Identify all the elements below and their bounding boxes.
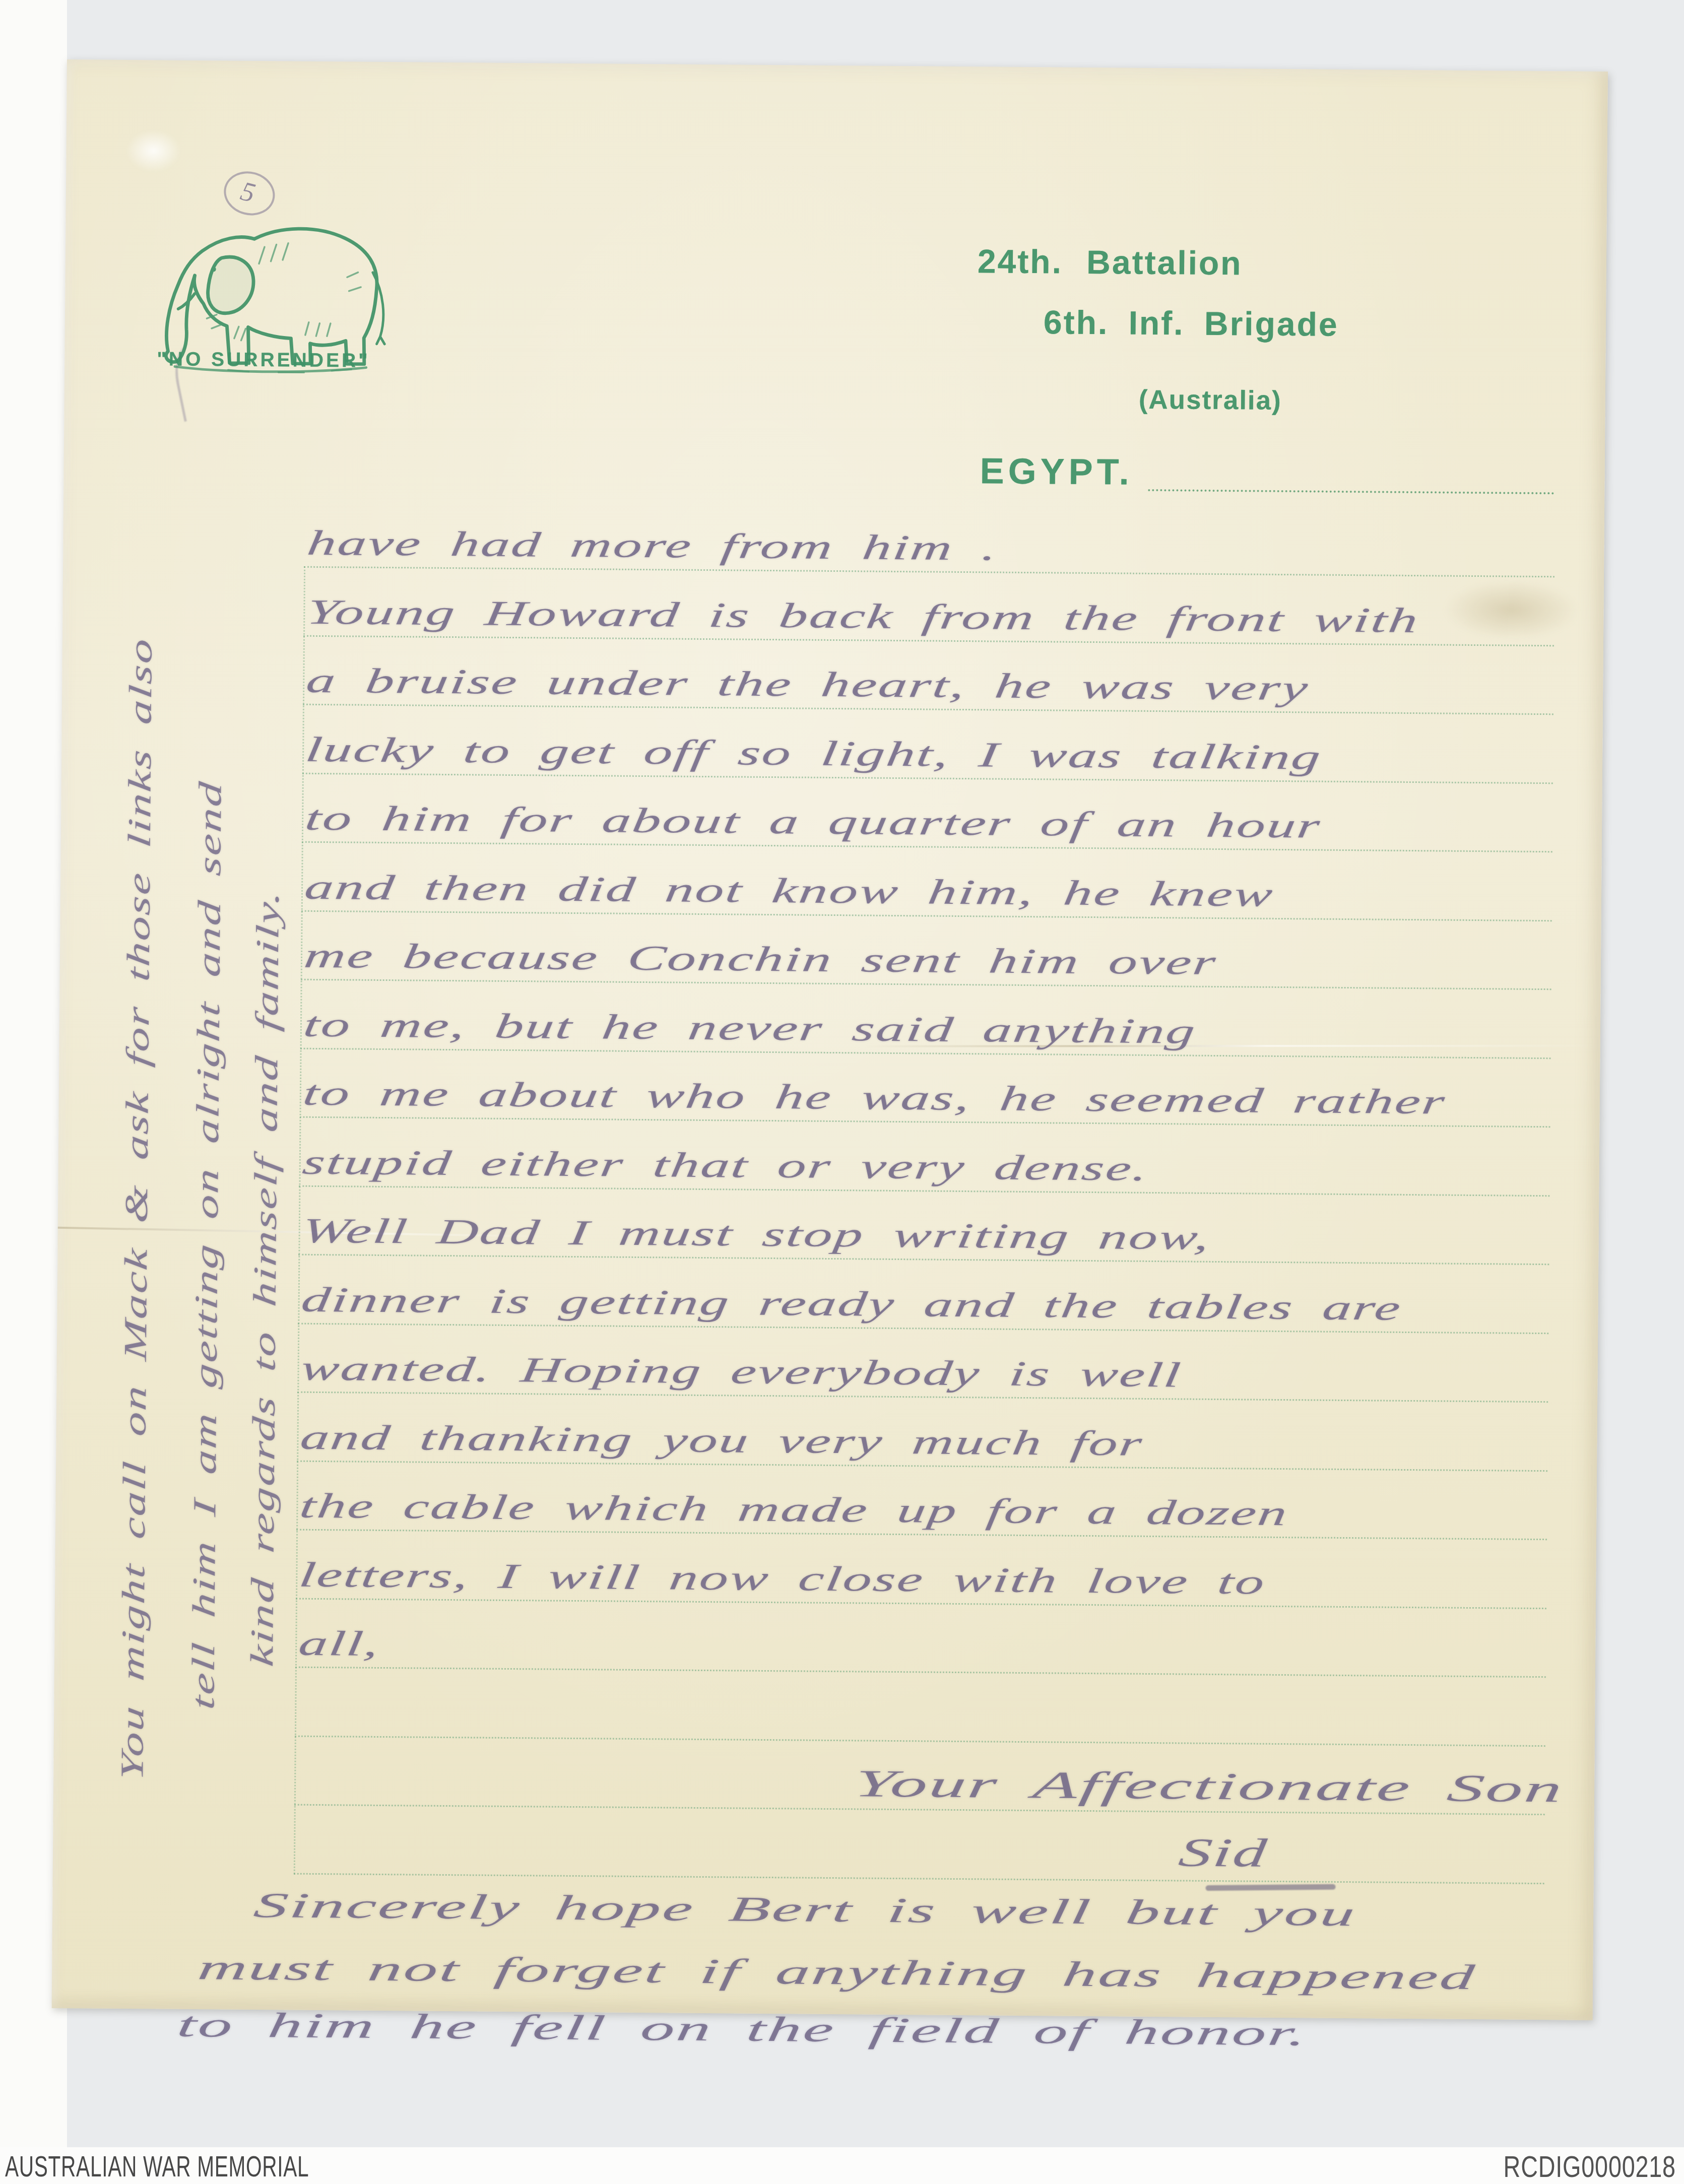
letter-line: the cable which made up for a dozen [297,1481,1291,1539]
letter-line: and then did not know him, he knew [302,863,1277,920]
postscript-line: to him he fell on the field of honor. [174,2000,1311,2060]
ruled-lines [67,59,1608,72]
letterhead-brigade: 6th. Inf. Brigade [1044,303,1339,344]
postscript-line: Sincerely hope Bert is well but you [251,1881,1359,1940]
letter-line: to him for about a quarter of an hour [302,793,1325,852]
letter-paper: 5 "NO SURRENDER" 24th. Battalion 6th. In… [52,59,1608,2020]
place-dotted-line [1148,466,1554,494]
paper-tear-mark [125,129,181,172]
letter-line: Young Howard is back from the front with [304,587,1422,646]
letter-line: all, [296,1619,383,1670]
letter-line: a bruise under the heart, he was very [303,656,1312,714]
archive-item-id: RCDIG0000218 [1504,2147,1676,2184]
postscript-line: must not forget if anything has happened [195,1943,1479,2003]
margin-note-line: You might call on Mack & ask for those l… [102,634,171,1784]
letterhead-unit: 24th. Battalion [978,242,1243,282]
letter-line: to me, but he never said anything [300,1000,1199,1057]
letter-line: letters, I will now close with love to [296,1550,1269,1608]
closing-line: Your Affectionate Son [852,1758,1567,1814]
no-surrender-motto: "NO SURRENDER" [157,348,370,372]
letter-line: have had more from him . [304,518,1002,574]
ink-smudge [1443,579,1580,640]
letter-line: and thanking you very much for [297,1413,1146,1470]
page-number-text: 5 [237,175,258,209]
letter-line: lucky to get off so light, I was talking [303,725,1325,783]
signature: Sid [1176,1827,1271,1878]
letter-line: wanted. Hoping everybody is well [298,1344,1185,1401]
margin-note-line: tell him I am getting on alright and sen… [173,777,240,1712]
letter-line: stupid either that or very dense. [299,1138,1152,1195]
archive-footer: AUSTRALIAN WAR MEMORIAL RCDIG0000218 [0,2147,1684,2184]
letter-line: to me about who he was, he seemed rather [300,1069,1449,1128]
letter-line: me because Conchin sent him over [301,931,1220,988]
letter-line: Well Dad I must stop writing now, [299,1206,1214,1264]
scanned-letter-page: { "scan": { "page_number_annotation": "5… [0,0,1684,2184]
letterhead-country: (Australia) [1139,384,1282,416]
letter-line: dinner is getting ready and the tables a… [298,1275,1405,1334]
letterhead-place: EGYPT. [980,450,1133,493]
margin-note-line: kind regards to himself and family. [232,886,298,1670]
archive-name: AUSTRALIAN WAR MEMORIAL [5,2147,309,2184]
